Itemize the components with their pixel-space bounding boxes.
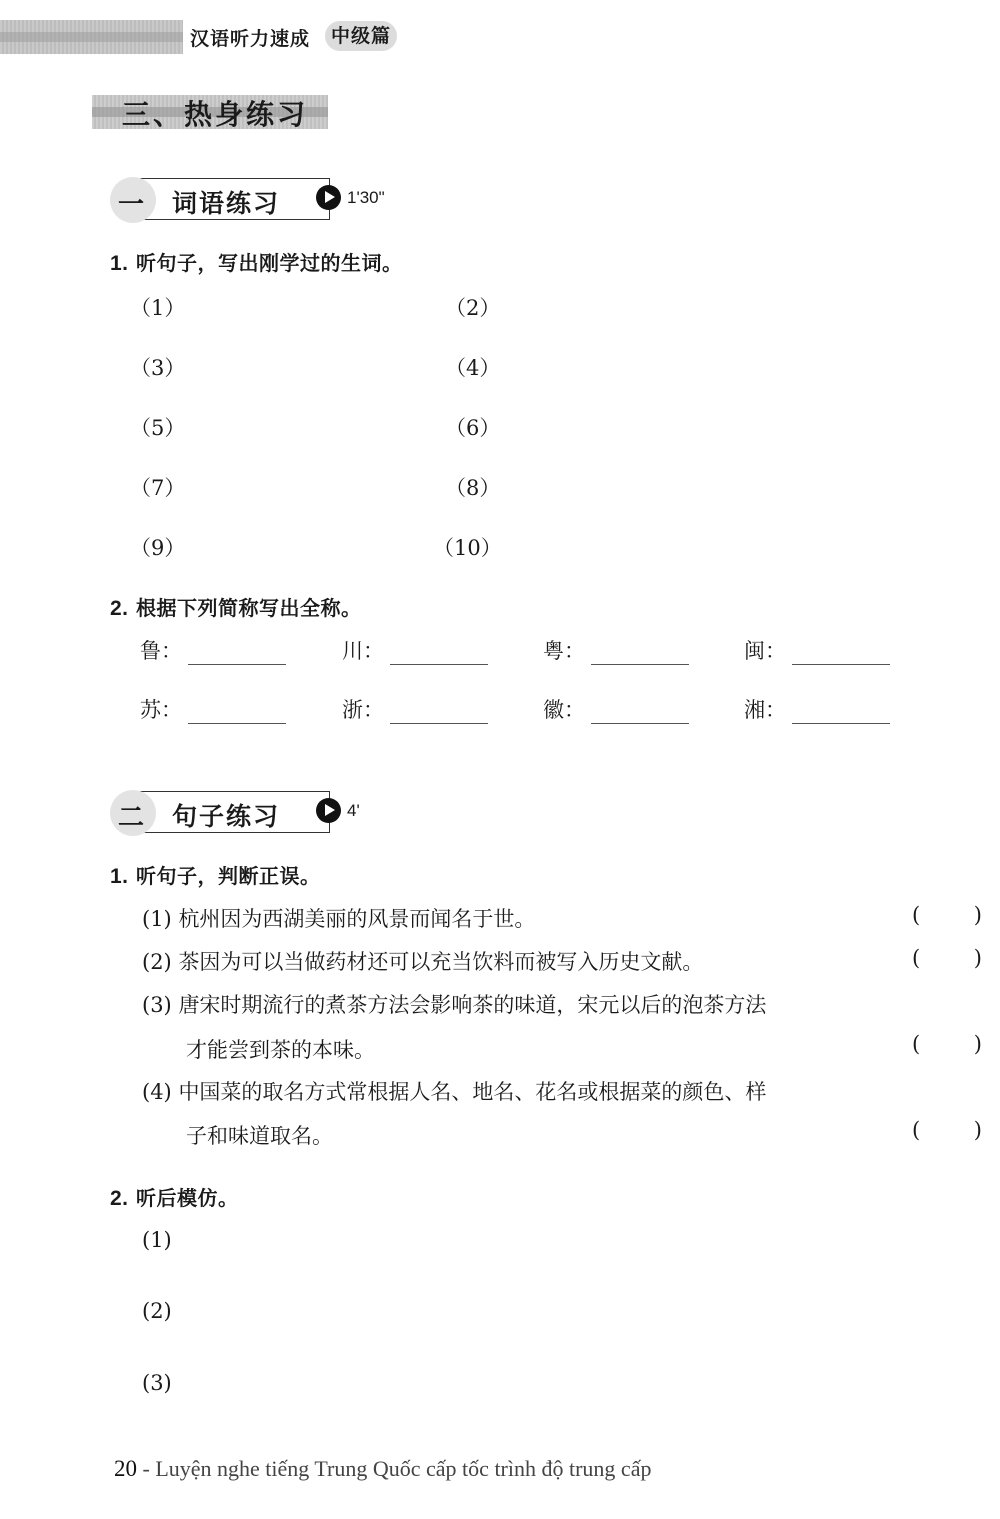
section-label: 句子练习 bbox=[172, 797, 280, 833]
blank-item: （10） bbox=[433, 532, 502, 562]
footer-text: Luyện nghe tiếng Trung Quốc cấp tốc trìn… bbox=[155, 1456, 651, 1481]
answer-line[interactable] bbox=[390, 642, 488, 665]
level-badge: 中级篇 bbox=[325, 21, 397, 51]
play-icon bbox=[316, 798, 341, 823]
question-number: 2. bbox=[110, 1187, 129, 1210]
item-text: 杭州因为西湖美丽的风景而闻名于世。 bbox=[178, 907, 535, 931]
item-number: (1) bbox=[142, 907, 172, 931]
section-number: 一 bbox=[118, 184, 144, 221]
abbreviation-label: 闽： bbox=[744, 635, 786, 665]
question-prompt: 听后模仿。 bbox=[136, 1186, 239, 1210]
true-false-item: (1) 杭州因为西湖美丽的风景而闻名于世。 bbox=[142, 903, 535, 933]
answer-parentheses[interactable]: () bbox=[912, 946, 982, 970]
abbreviation-item: 湘： bbox=[744, 694, 890, 724]
answer-line[interactable] bbox=[591, 701, 689, 724]
imitation-item: (1) bbox=[142, 1228, 172, 1252]
answer-parentheses[interactable]: () bbox=[912, 1118, 982, 1142]
section-tag-sentences: 二 句子练习 4' bbox=[110, 791, 410, 833]
abbreviation-label: 徽： bbox=[543, 694, 585, 724]
answer-line[interactable] bbox=[390, 701, 488, 724]
question-heading: 2. 根据下列简称写出全称。 bbox=[110, 592, 361, 621]
duration-text: 1'30" bbox=[347, 188, 385, 208]
header-decor-bar bbox=[0, 20, 183, 54]
answer-line[interactable] bbox=[792, 642, 890, 665]
abbreviation-item: 川： bbox=[342, 635, 488, 665]
item-number: (2) bbox=[142, 950, 172, 974]
blank-item: （1） bbox=[130, 292, 185, 322]
true-false-item: (4) 中国菜的取名方式常根据人名、地名、花名或根据菜的颜色、样 bbox=[142, 1076, 766, 1106]
abbreviation-item: 闽： bbox=[744, 635, 890, 665]
answer-parentheses[interactable]: () bbox=[912, 1032, 982, 1056]
answer-parentheses[interactable]: () bbox=[912, 903, 982, 927]
book-title: 汉语听力速成 bbox=[190, 24, 310, 51]
answer-line[interactable] bbox=[591, 642, 689, 665]
abbreviation-item: 浙： bbox=[342, 694, 488, 724]
question-number: 1. bbox=[110, 865, 129, 888]
blank-item: （3） bbox=[130, 352, 185, 382]
answer-line[interactable] bbox=[792, 701, 890, 724]
abbreviation-label: 鲁： bbox=[140, 635, 182, 665]
footer-separator: - bbox=[137, 1456, 155, 1481]
abbreviation-item: 粤： bbox=[543, 635, 689, 665]
duration-text: 4' bbox=[347, 801, 360, 821]
play-icon bbox=[316, 185, 341, 210]
abbreviation-label: 川： bbox=[342, 635, 384, 665]
page-number: 20 bbox=[114, 1456, 137, 1481]
section-label: 词语练习 bbox=[172, 184, 280, 220]
blank-item: （2） bbox=[445, 292, 500, 322]
item-number: (3) bbox=[142, 993, 172, 1017]
item-text: 茶因为可以当做药材还可以充当饮料而被写入历史文献。 bbox=[178, 950, 703, 974]
section-tag-vocabulary: 一 词语练习 1'30" bbox=[110, 178, 410, 220]
chapter-title: 三、热身练习 bbox=[122, 93, 308, 133]
question-number: 2. bbox=[110, 597, 129, 620]
imitation-item: (3) bbox=[142, 1371, 172, 1395]
question-prompt: 听句子，判断正误。 bbox=[136, 864, 321, 888]
audio-duration: 1'30" bbox=[316, 185, 385, 210]
item-text: 中国菜的取名方式常根据人名、地名、花名或根据菜的颜色、样 bbox=[178, 1080, 766, 1104]
item-number: (4) bbox=[142, 1080, 172, 1104]
abbreviation-label: 粤： bbox=[543, 635, 585, 665]
abbreviation-item: 鲁： bbox=[140, 635, 286, 665]
abbreviation-label: 苏： bbox=[140, 694, 182, 724]
question-heading: 2. 听后模仿。 bbox=[110, 1182, 238, 1211]
question-prompt: 根据下列简称写出全称。 bbox=[136, 596, 362, 620]
question-heading: 1. 听句子，写出刚学过的生词。 bbox=[110, 247, 402, 276]
abbreviation-item: 苏： bbox=[140, 694, 286, 724]
answer-line[interactable] bbox=[188, 642, 286, 665]
section-number: 二 bbox=[118, 797, 144, 834]
true-false-item-continuation: 才能尝到茶的本味。 bbox=[186, 1034, 375, 1064]
answer-line[interactable] bbox=[188, 701, 286, 724]
question-heading: 1. 听句子，判断正误。 bbox=[110, 860, 320, 889]
blank-item: （5） bbox=[130, 412, 185, 442]
true-false-item: (3) 唐宋时期流行的煮茶方法会影响茶的味道，宋元以后的泡茶方法 bbox=[142, 989, 766, 1019]
page-footer: 20 - Luyện nghe tiếng Trung Quốc cấp tốc… bbox=[114, 1456, 651, 1482]
true-false-item-continuation: 子和味道取名。 bbox=[186, 1120, 333, 1150]
blank-item: （9） bbox=[130, 532, 185, 562]
abbreviation-item: 徽： bbox=[543, 694, 689, 724]
true-false-item: (2) 茶因为可以当做药材还可以充当饮料而被写入历史文献。 bbox=[142, 946, 703, 976]
blank-item: （4） bbox=[445, 352, 500, 382]
blank-item: （7） bbox=[130, 472, 185, 502]
audio-duration: 4' bbox=[316, 798, 360, 823]
item-text: 唐宋时期流行的煮茶方法会影响茶的味道，宋元以后的泡茶方法 bbox=[178, 993, 766, 1017]
question-prompt: 听句子，写出刚学过的生词。 bbox=[136, 251, 403, 275]
blank-item: （6） bbox=[445, 412, 500, 442]
imitation-item: (2) bbox=[142, 1299, 172, 1323]
blank-item: （8） bbox=[445, 472, 500, 502]
abbreviation-label: 浙： bbox=[342, 694, 384, 724]
question-number: 1. bbox=[110, 252, 129, 275]
abbreviation-label: 湘： bbox=[744, 694, 786, 724]
